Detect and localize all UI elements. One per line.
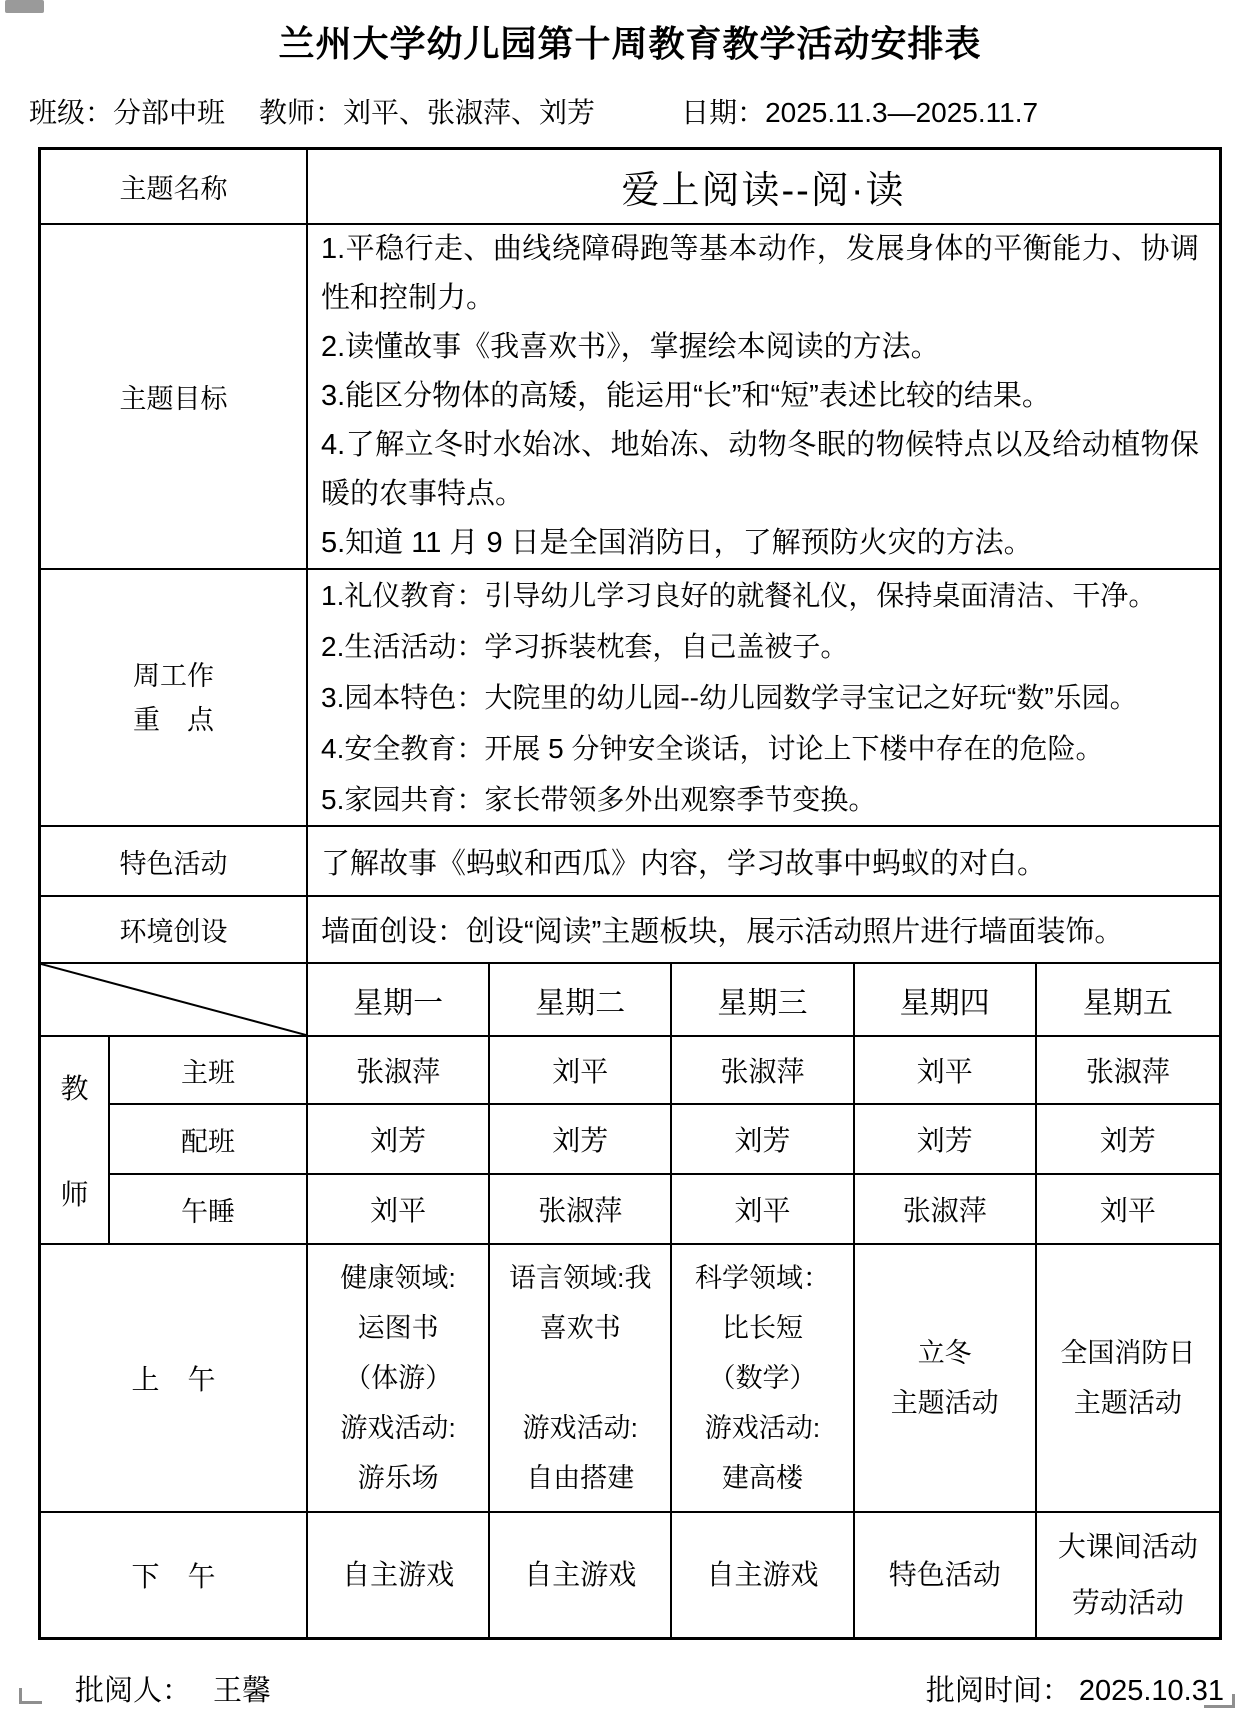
activity-line: 健康领域:	[340, 1253, 456, 1303]
activity-line: 自主游戏	[524, 1547, 636, 1603]
theme-goals-row: 主题目标 1.平稳行走、曲线绕障碍跑等基本动作，发展身体的平衡能力、协调性和控制…	[41, 225, 1219, 570]
activity-line: 建高楼	[722, 1453, 803, 1503]
special-activity-label: 特色活动	[41, 827, 308, 895]
afternoon-cell-friday: 大课间活动 劳动活动	[1037, 1513, 1219, 1637]
week-focus-label-line2: 重 点	[133, 698, 214, 742]
activity-line: 游戏活动:	[340, 1403, 456, 1453]
weekday-wednesday: 星期三	[672, 964, 854, 1035]
afternoon-label: 下 午	[41, 1513, 308, 1637]
environment-row: 环境创设 墙面创设：创设“阅读”主题板块，展示活动照片进行墙面装饰。	[41, 897, 1219, 964]
activity-line: 游戏活动:	[705, 1403, 821, 1453]
nap-teacher-tuesday: 张淑萍	[490, 1173, 672, 1243]
date-field: 日期：2025.11.3—2025.11.7	[681, 91, 1038, 131]
nap-teacher-monday: 刘平	[308, 1173, 490, 1243]
week-focus-label-line1: 周工作	[133, 654, 214, 698]
review-time-field: 批阅时间：2025.10.31	[926, 1668, 1224, 1709]
schedule-table: 主题名称 爱上阅读--阅·读 主题目标 1.平稳行走、曲线绕障碍跑等基本动作，发…	[38, 147, 1222, 1640]
class-label: 班级：	[29, 97, 113, 128]
activity-line: 自主游戏	[706, 1547, 818, 1603]
goal-item: 4.了解立冬时水始冰、地始冻、动物冬眠的物候特点以及给动植物保暖的农事特点。	[321, 421, 1199, 519]
morning-cell-tuesday: 语言领域:我 喜欢书 游戏活动: 自由搭建	[490, 1245, 672, 1511]
assistant-teacher-wednesday: 刘芳	[672, 1103, 854, 1173]
activity-line: 比长短	[722, 1303, 803, 1353]
activity-line: 自由搭建	[526, 1453, 634, 1503]
week-focus-label: 周工作 重 点	[41, 570, 308, 825]
goal-item: 2.读懂故事《我喜欢书》，掌握绘本阅读的方法。	[321, 323, 1199, 372]
footer-row: 批阅人：王馨 批阅时间：2025.10.31	[0, 1668, 1260, 1709]
page-title: 兰州大学幼儿园第十周教育教学活动安排表	[0, 0, 1260, 67]
focus-item: 5.家园共育：家长带领多外出观察季节变换。	[321, 774, 1207, 825]
activity-line: 主题活动	[891, 1378, 999, 1428]
weekday-header-row: 星期一 星期二 星期三 星期四 星期五	[41, 964, 1219, 1037]
teacher-label-char: 教	[60, 1067, 88, 1107]
activity-line: 运图书	[358, 1303, 439, 1353]
afternoon-cell-tuesday: 自主游戏	[490, 1513, 672, 1637]
activity-line: 科学领域：	[695, 1253, 830, 1303]
environment-value: 墙面创设：创设“阅读”主题板块，展示活动照片进行墙面装饰。	[308, 897, 1219, 962]
class-value: 分部中班	[113, 97, 225, 128]
main-teacher-friday: 张淑萍	[1037, 1037, 1219, 1103]
morning-cell-thursday: 立冬 主题活动	[855, 1245, 1037, 1511]
date-value: 2025.11.3—2025.11.7	[765, 97, 1038, 128]
goal-item: 5.知道 11 月 9 日是全国消防日，了解预防火灾的方法。	[321, 519, 1199, 568]
activity-line: 游乐场	[358, 1453, 439, 1503]
activity-line: 喜欢书	[540, 1303, 621, 1353]
focus-item: 4.安全教育：开展 5 分钟安全谈话，讨论上下楼中存在的危险。	[321, 723, 1207, 774]
nap-teacher-thursday: 张淑萍	[855, 1173, 1037, 1243]
week-focus-content: 1.礼仪教育：引导幼儿学习良好的就餐礼仪，保持桌面清洁、干净。 2.生活活动：学…	[308, 570, 1219, 825]
theme-name-label: 主题名称	[41, 150, 308, 223]
nap-teacher-friday: 刘平	[1037, 1173, 1219, 1243]
assistant-teacher-tuesday: 刘芳	[490, 1103, 672, 1173]
diagonal-line	[41, 964, 306, 1035]
focus-item: 3.园本特色：大院里的幼儿园--幼儿园数学寻宝记之好玩“数”乐园。	[321, 672, 1207, 723]
main-teacher-label: 主班	[110, 1037, 308, 1103]
review-time-value: 2025.10.31	[1079, 1675, 1224, 1707]
morning-cell-friday: 全国消防日 主题活动	[1037, 1245, 1219, 1511]
meta-row: 班级：分部中班 教师：刘平、张淑萍、刘芳 日期：2025.11.3—2025.1…	[0, 91, 1260, 131]
diagonal-header-cell	[41, 964, 308, 1035]
activity-line: 语言领域:我	[509, 1253, 652, 1303]
activity-line: 劳动活动	[1072, 1575, 1184, 1631]
teachers-field: 教师：刘平、张淑萍、刘芳	[259, 91, 595, 131]
page-corner-mark	[19, 1688, 42, 1704]
goal-item: 1.平稳行走、曲线绕障碍跑等基本动作，发展身体的平衡能力、协调性和控制力。	[321, 225, 1199, 323]
environment-label: 环境创设	[41, 897, 308, 962]
document-page: 兰州大学幼儿园第十周教育教学活动安排表 班级：分部中班 教师：刘平、张淑萍、刘芳…	[0, 0, 1260, 1711]
goal-item: 3.能区分物体的高矮，能运用“长”和“短”表述比较的结果。	[321, 372, 1199, 421]
assistant-teacher-friday: 刘芳	[1037, 1103, 1219, 1173]
reviewer-field: 批阅人：王馨	[75, 1668, 271, 1709]
morning-cell-monday: 健康领域: 运图书 （体游） 游戏活动: 游乐场	[308, 1245, 490, 1511]
special-activity-row: 特色活动 了解故事《蚂蚁和西瓜》内容，学习故事中蚂蚁的对白。	[41, 827, 1219, 897]
week-focus-row: 周工作 重 点 1.礼仪教育：引导幼儿学习良好的就餐礼仪，保持桌面清洁、干净。 …	[41, 570, 1219, 827]
main-teacher-tuesday: 刘平	[490, 1037, 672, 1103]
main-teacher-wednesday: 张淑萍	[672, 1037, 854, 1103]
teacher-section: 教 师 主班 张淑萍 刘平 张淑萍 刘平 张淑萍 配班 刘芳 刘芳 刘芳 刘芳 …	[41, 1037, 1219, 1245]
weekday-thursday: 星期四	[855, 964, 1037, 1035]
afternoon-cell-thursday: 特色活动	[855, 1513, 1037, 1637]
main-teacher-thursday: 刘平	[855, 1037, 1037, 1103]
afternoon-cell-wednesday: 自主游戏	[672, 1513, 854, 1637]
page-corner-mark	[1204, 1694, 1235, 1708]
focus-item: 1.礼仪教育：引导幼儿学习良好的就餐礼仪，保持桌面清洁、干净。	[321, 570, 1207, 621]
weekday-friday: 星期五	[1037, 964, 1219, 1035]
activity-line: 立冬	[918, 1328, 972, 1378]
activity-line: 特色活动	[889, 1547, 1001, 1603]
activity-line: （体游）	[344, 1353, 452, 1403]
morning-row: 上 午 健康领域: 运图书 （体游） 游戏活动: 游乐场 语言领域:我 喜欢书 …	[41, 1245, 1219, 1513]
activity-line: （数学）	[708, 1353, 816, 1403]
special-activity-value: 了解故事《蚂蚁和西瓜》内容，学习故事中蚂蚁的对白。	[308, 827, 1219, 895]
afternoon-cell-monday: 自主游戏	[308, 1513, 490, 1637]
activity-line: 主题活动	[1074, 1378, 1182, 1428]
activity-line: 全国消防日	[1060, 1328, 1195, 1378]
class-field: 班级：分部中班	[29, 91, 225, 131]
activity-line: 自主游戏	[342, 1547, 454, 1603]
nap-teacher-wednesday: 刘平	[672, 1173, 854, 1243]
theme-goals-content: 1.平稳行走、曲线绕障碍跑等基本动作，发展身体的平衡能力、协调性和控制力。 2.…	[308, 225, 1219, 568]
teachers-label: 教师：	[259, 97, 343, 128]
morning-cell-wednesday: 科学领域： 比长短 （数学） 游戏活动: 建高楼	[672, 1245, 854, 1511]
afternoon-row: 下 午 自主游戏 自主游戏 自主游戏 特色活动 大课间活动 劳动活动	[41, 1513, 1219, 1637]
nap-teacher-label: 午睡	[110, 1173, 308, 1243]
theme-goals-label: 主题目标	[41, 225, 308, 568]
teachers-value: 刘平、张淑萍、刘芳	[343, 97, 595, 128]
main-teacher-monday: 张淑萍	[308, 1037, 490, 1103]
theme-name-row: 主题名称 爱上阅读--阅·读	[41, 150, 1219, 225]
assistant-teacher-label: 配班	[110, 1103, 308, 1173]
activity-line: 游戏活动:	[523, 1403, 639, 1453]
activity-line: 大课间活动	[1058, 1519, 1198, 1575]
teacher-label-char: 师	[60, 1173, 88, 1213]
teacher-section-label: 教 师	[41, 1037, 110, 1243]
morning-label: 上 午	[41, 1245, 308, 1511]
theme-name-value: 爱上阅读--阅·读	[308, 150, 1219, 223]
focus-item: 2.生活活动：学习拆装枕套，自己盖被子。	[321, 621, 1207, 672]
assistant-teacher-monday: 刘芳	[308, 1103, 490, 1173]
weekday-tuesday: 星期二	[490, 964, 672, 1035]
weekday-monday: 星期一	[308, 964, 490, 1035]
page-corner-mark	[5, 0, 44, 13]
reviewer-label: 批阅人：	[75, 1675, 191, 1707]
date-label: 日期：	[681, 97, 765, 128]
assistant-teacher-thursday: 刘芳	[855, 1103, 1037, 1173]
reviewer-value: 王馨	[213, 1675, 271, 1707]
review-time-label: 批阅时间：	[926, 1675, 1071, 1707]
